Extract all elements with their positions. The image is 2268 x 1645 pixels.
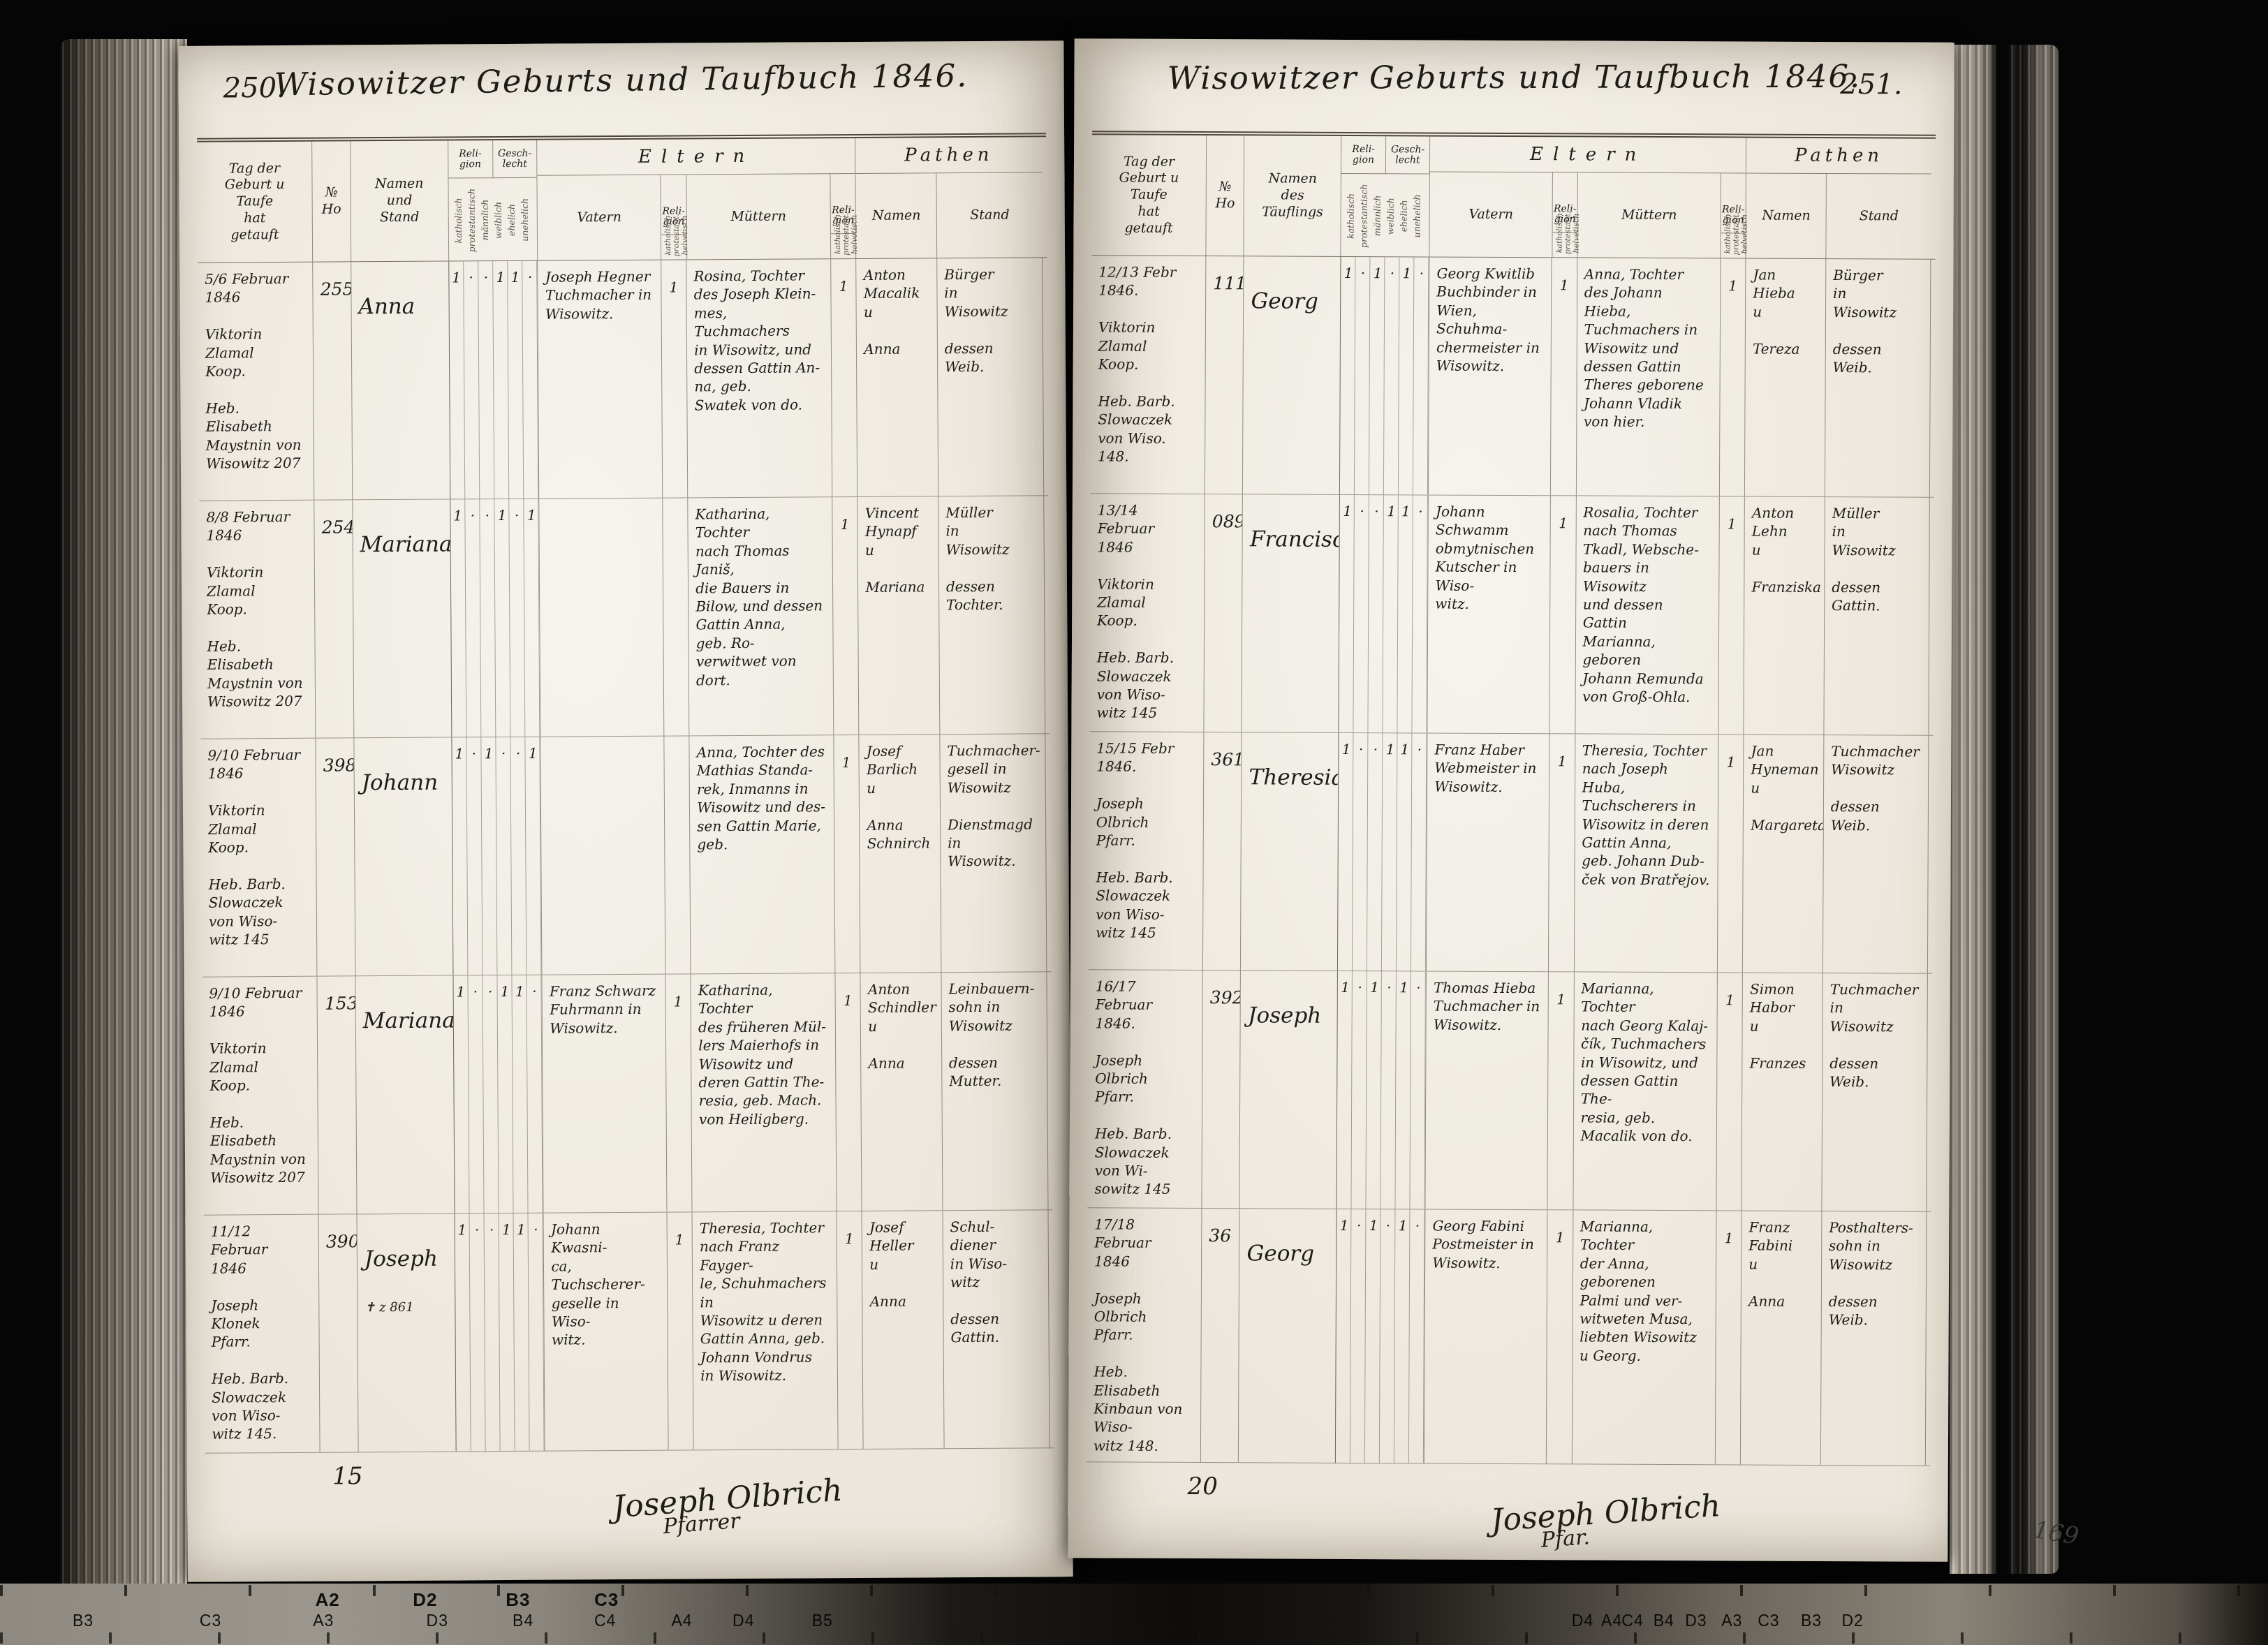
page-title: Wisowitzer Geburts und Taufbuch 1846. — [1074, 57, 1954, 96]
ruler-label: D4 — [1572, 1611, 1593, 1630]
entry-religion-sex-ticks: 1·1·1· — [1335, 1209, 1424, 1463]
register-entry-row: 12/13 Febr 1846. Viktorin Zlamal Koop. H… — [1091, 256, 1935, 497]
ruler-label: A4 — [671, 1611, 692, 1630]
entry-child-note — [362, 822, 445, 823]
tick-mark: 1 — [1341, 264, 1356, 282]
tick-mark: · — [522, 268, 537, 287]
entry-father-religion-tick: 1 — [666, 1212, 693, 1449]
entry-child-note — [1251, 341, 1333, 342]
tick-mark: 1 — [481, 744, 496, 763]
entry-father-religion-tick: 1 — [1546, 1210, 1573, 1463]
header-religion-box: Reli- gion — [448, 140, 492, 178]
page-title: Wisowitzer Geburts und Taufbuch 1846. — [178, 56, 1064, 105]
entry-father-religion-tick — [662, 498, 689, 735]
entry-father-religion-tick: 1 — [661, 260, 688, 497]
entry-godparents-names: Vincent Hynapf u Mariana — [857, 496, 940, 735]
entry-mother-religion-tick: 1 — [833, 735, 860, 973]
tick-mark: 1 — [1337, 1216, 1352, 1234]
entry-date-priest-midwife: 15/15 Febr 1846. Joseph Olbrich Pfarr. H… — [1089, 732, 1204, 970]
entry-house-number: 361 — [1202, 732, 1242, 970]
entry-religion-sex-ticks: 1··11· — [1337, 733, 1427, 971]
header-mutter-religion: Reli- gion katholisch protestant. helvet… — [1720, 173, 1746, 258]
entry-child-note — [1246, 1294, 1329, 1294]
entry-house-number: 390 — [318, 1214, 358, 1452]
entry-mother-religion-tick: 1 — [834, 973, 862, 1211]
entry-godparents-names: Anton Schindler u Anna — [860, 973, 943, 1211]
register-entry-row: 5/6 Februar 1846 Viktorin Zlamal Koop. H… — [198, 258, 1048, 501]
entry-godparents-names: Anton Macalik u Anna — [856, 258, 938, 496]
entry-child-name: Anna — [358, 293, 441, 322]
header-sex-box: Gesch- lecht — [492, 140, 537, 178]
entry-child-name: Georg — [1251, 288, 1333, 316]
tick-mark: 1 — [1338, 978, 1353, 996]
header-rotated-sublabels: katholisch protestantisch männlich weibl… — [1344, 175, 1429, 257]
header-tick-group-labels: Reli- gion Gesch- lecht — [448, 140, 537, 179]
entry-date-priest-midwife: 5/6 Februar 1846 Viktorin Zlamal Koop. H… — [198, 263, 314, 501]
entry-house-number: 36 — [1200, 1209, 1239, 1462]
tick-mark: · — [1414, 264, 1429, 282]
tick-mark: 1 — [526, 744, 540, 763]
tick-mark: · — [468, 982, 483, 1001]
header-mutter: Müttern — [1577, 172, 1721, 258]
tick-mark: · — [469, 1220, 484, 1239]
tick-mark: 1 — [499, 1220, 514, 1239]
entry-child-note: ✝ z 861 — [364, 1299, 448, 1315]
ruler-label: B3 — [506, 1589, 530, 1611]
header-religion-sex-legitimacy: Reli- gion Gesch- lecht katholisch prote… — [448, 140, 538, 261]
entry-mother-religion-tick: 1 — [836, 1211, 863, 1449]
tick-mark: · — [478, 268, 493, 287]
entry-father — [540, 737, 665, 975]
register-entry-row: 17/18 Februar 1846 Joseph Olbrich Pfarr.… — [1087, 1208, 1931, 1466]
header-religion-rotated: katholisch protestant. helvetisch — [1723, 209, 1745, 258]
tick-mark: 1 — [493, 268, 508, 287]
entry-godparents-names: Anton Lehn u Franziska — [1744, 496, 1825, 734]
register-page-right: 251. Wisowitzer Geburts und Taufbuch 184… — [1068, 38, 1954, 1561]
tick-mark: 1 — [450, 506, 465, 525]
entry-house-number: 089 — [1204, 494, 1243, 732]
ruler-label: B5 — [812, 1611, 833, 1630]
entry-date-priest-midwife: 9/10 Februar 1846 Viktorin Zlamal Koop. … — [202, 977, 318, 1215]
ruler-label: A4 — [1601, 1611, 1622, 1630]
register-entry-row: 13/14 Februar 1846 Viktorin Zlamal Koop.… — [1089, 494, 1934, 735]
tick-mark: · — [1352, 1216, 1367, 1234]
entry-child-name-cell: Francisca — [1242, 494, 1339, 732]
entry-date-priest-midwife: 11/12 Februar 1846 Joseph Klonek Pfarr. … — [204, 1215, 320, 1453]
tick-mark: · — [464, 268, 478, 287]
page-header: 250. Wisowitzer Geburts und Taufbuch 184… — [178, 40, 1064, 138]
entry-father: Franz Schwarz Fuhrmann in Wisowitz. — [542, 975, 666, 1213]
header-pathen-stand: Stand — [1826, 174, 1931, 259]
tick-mark: 1 — [1383, 740, 1398, 758]
tick-mark: · — [527, 982, 542, 1001]
ruler-label: B3 — [1801, 1611, 1822, 1630]
entry-mother: Marianna, Tochter der Anna, geborenen Pa… — [1571, 1210, 1716, 1464]
tick-mark: · — [511, 744, 526, 763]
tick-mark: 1 — [1384, 502, 1399, 520]
header-religion-sex-legitimacy: Reli- gion Gesch- lecht katholisch prote… — [1341, 136, 1430, 257]
entry-godparents-stand: Müller in Wisowitz dessen Gattin. — [1823, 497, 1929, 735]
header-eltern-group: Eltern Vatern Reli- gion katholisch prot… — [537, 138, 856, 260]
scanned-register-photo: 250. Wisowitzer Geburts und Taufbuch 184… — [0, 0, 2268, 1645]
entry-mother: Anna, Tochter des Mathias Standa- rek, I… — [689, 735, 835, 973]
entry-godparents-names: Josef Barlich u Anna Schnirch — [859, 735, 941, 973]
entry-mother: Theresia, Tochter nach Franz Fayger- le,… — [692, 1211, 838, 1449]
ruler-label: D3 — [1685, 1611, 1707, 1630]
entry-mother: Marianna, Tochter nach Georg Kalaj- čík,… — [1573, 972, 1717, 1210]
header-vater: Vatern — [538, 175, 661, 260]
microfilm-calibration-ruler: A2D2B3C3 B3C3A3D3B4C4A4D4B5D4A4C4B4D3A3C… — [0, 1584, 2268, 1645]
entry-house-number: 392 — [1202, 971, 1241, 1208]
header-tick-group-labels: Reli- gion Gesch- lecht — [1341, 136, 1429, 175]
tick-mark: 1 — [1397, 740, 1412, 758]
entry-house-number: 254 — [314, 500, 353, 737]
header-name: Namen und Stand — [350, 141, 448, 262]
page-footer: 20 Joseph Olbrich Pfar. — [1086, 1462, 1930, 1570]
entry-mother: Anna, Tochter des Johann Hieba, Tuchmach… — [1575, 258, 1720, 496]
tick-mark: · — [483, 982, 497, 1001]
register-table: Tag der Geburt u Taufe hat getauft № Ho … — [197, 133, 1054, 1453]
entry-godparents-stand: Bürger in Wisowitz dessen Weib. — [936, 258, 1044, 496]
register-entry-row: 8/8 Februar 1846 Viktorin Zlamal Koop. H… — [199, 496, 1050, 739]
header-religion-rotated: katholisch protestant. helvetisch — [1555, 209, 1577, 257]
register-table: Tag der Geburt u Taufe hat getauft № Ho … — [1087, 131, 1936, 1466]
tick-mark: · — [1355, 502, 1369, 520]
entry-child-name: Mariana — [363, 1007, 446, 1036]
table-body: 5/6 Februar 1846 Viktorin Zlamal Koop. H… — [198, 258, 1054, 1453]
entry-godparents-stand: Tuchmacher- gesell in Wisowitz Dienstmag… — [939, 734, 1047, 972]
entry-house-number: 255 — [312, 262, 352, 499]
entry-godparents-stand: Bürger in Wisowitz dessen Weib. — [1825, 259, 1931, 497]
tick-mark: · — [1354, 740, 1369, 758]
entry-mother-religion-tick: 1 — [832, 497, 859, 735]
header-date: Tag der Geburt u Taufe hat getauft — [197, 142, 312, 263]
entry-child-name-cell: Joseph ✝ z 861 — [356, 1214, 455, 1452]
table-header-row: Tag der Geburt u Taufe hat getauft № Ho … — [197, 137, 1047, 263]
header-eltern: Eltern — [538, 138, 855, 176]
tick-mark: · — [480, 506, 494, 525]
entry-religion-sex-ticks: 1··11· — [452, 975, 543, 1214]
entry-child-name-cell: Johann — [353, 738, 452, 976]
ruler-label: D3 — [427, 1611, 448, 1630]
header-sex-box: Gesch- lecht — [1385, 136, 1430, 174]
header-eltern-group: Eltern Vatern Reli- gion katholisch prot… — [1429, 136, 1746, 258]
entry-godparents-names: Jan Hyneman u Margareta — [1742, 735, 1823, 972]
entry-house-number: 153 — [317, 976, 357, 1214]
header-date: Tag der Geburt u Taufe hat getauft — [1091, 135, 1206, 256]
entry-mother-religion-tick: 1 — [1719, 258, 1746, 496]
tick-mark: · — [496, 744, 510, 763]
tick-mark: · — [1385, 264, 1399, 282]
entry-father-religion-tick: 1 — [1549, 496, 1576, 733]
entry-date-priest-midwife: 13/14 Februar 1846 Viktorin Zlamal Koop.… — [1089, 494, 1205, 732]
table-header-row: Tag der Geburt u Taufe hat getauft № Ho … — [1091, 135, 1936, 259]
header-pathen-namen: Namen — [856, 173, 937, 258]
running-tally: 15 — [332, 1462, 363, 1490]
register-entry-row: 16/17 Februar 1846. Joseph Olbrich Pfarr… — [1087, 970, 1931, 1211]
entry-child-name-cell: Mariana — [352, 500, 451, 738]
ruler-label: C3 — [594, 1589, 619, 1611]
tick-mark: 1 — [524, 506, 539, 525]
header-vater: Vatern — [1430, 172, 1552, 257]
entry-godparents-names: Franz Fabini u Anna — [1740, 1211, 1821, 1465]
running-tally: 20 — [1188, 1473, 1218, 1500]
ruler-label: A3 — [1721, 1611, 1742, 1630]
header-eltern: Eltern — [1430, 136, 1746, 173]
entry-mother-religion-tick: 1 — [1718, 496, 1744, 734]
header-mutter: Müttern — [686, 174, 830, 259]
tick-mark: 1 — [1340, 502, 1355, 520]
entry-child-name-cell: Anna — [351, 262, 450, 500]
tick-mark: 1 — [1399, 264, 1414, 282]
ruler-label: D2 — [1841, 1611, 1863, 1630]
ruler-label: B4 — [513, 1611, 533, 1630]
ruler-label: C3 — [1758, 1611, 1779, 1630]
ruler-label: B3 — [73, 1611, 94, 1630]
entry-religion-sex-ticks: 1··1·1 — [450, 499, 540, 737]
tick-mark: 1 — [1367, 978, 1382, 996]
entry-godparents-names: Jan Hieba u Tereza — [1744, 258, 1825, 496]
entry-religion-sex-ticks: 1··11· — [1339, 495, 1428, 733]
tick-mark: · — [509, 506, 524, 525]
entry-godparents-names: Josef Heller u Anna — [862, 1211, 944, 1449]
entry-child-note — [363, 1061, 446, 1061]
entry-date-priest-midwife: 16/17 Februar 1846. Joseph Olbrich Pfarr… — [1087, 970, 1202, 1208]
priest-signature: Joseph Olbrich Pfar. — [1488, 1460, 1725, 1585]
entry-mother: Katharina, Tochter des früheren Mül- ler… — [691, 973, 837, 1211]
ruler-label: C3 — [200, 1611, 221, 1630]
entry-father: Georg Kwitlib Buchbinder in Wien, Schuhm… — [1428, 257, 1552, 495]
entry-father: Joseph Hegner Tuchmacher in Wisowitz. — [538, 260, 662, 499]
header-vater-religion: Reli- gion katholisch protestant. helvet… — [661, 175, 686, 259]
tick-mark: · — [1369, 502, 1384, 520]
tick-mark: 1 — [1339, 740, 1354, 758]
table-body: 12/13 Febr 1846. Viktorin Zlamal Koop. H… — [1087, 256, 1936, 1466]
entry-mother-religion-tick: 1 — [1715, 1211, 1741, 1464]
tick-mark: 1 — [1396, 1216, 1411, 1234]
tick-mark: · — [1410, 1216, 1424, 1234]
tick-mark: · — [1382, 978, 1397, 996]
register-entry-row: 11/12 Februar 1846 Joseph Klonek Pfarr. … — [204, 1210, 1054, 1453]
entry-child-name: Theresia — [1249, 764, 1331, 792]
header-pathen-stand: Stand — [936, 172, 1043, 258]
entry-mother-religion-tick: 1 — [830, 259, 857, 496]
ruler-label: A2 — [315, 1589, 339, 1611]
entry-child-name: Joseph — [364, 1245, 448, 1274]
ruler-label: C4 — [594, 1611, 616, 1630]
header-religion-rotated: katholisch protestant. helvetisch — [834, 210, 856, 258]
ruler-label: A3 — [313, 1611, 334, 1630]
priest-signature: Joseph Olbrich Pfarrer — [609, 1445, 847, 1572]
header-rotated-sublabels: katholisch protestantisch männlich weibl… — [451, 179, 537, 261]
tick-mark: · — [1411, 978, 1426, 996]
entry-religion-sex-ticks: 1·1·1· — [1336, 971, 1426, 1209]
entry-child-name-cell: Georg — [1242, 256, 1340, 494]
entry-date-priest-midwife: 8/8 Februar 1846 Viktorin Zlamal Koop. H… — [199, 501, 315, 739]
entry-child-note — [1250, 580, 1332, 580]
entry-father: Johann Kwasni- ca, Tuchscherer- geselle … — [543, 1213, 668, 1451]
tick-mark: · — [1413, 502, 1428, 520]
ruler-label: D4 — [732, 1611, 754, 1630]
entry-father: Thomas Hieba Tuchmacher in Wisowitz. — [1425, 971, 1549, 1209]
header-pathen: Pathen — [1746, 138, 1931, 174]
entry-child-name: Johann — [361, 769, 444, 798]
entry-mother: Theresia, Tochter nach Joseph Huba, Tuch… — [1573, 734, 1718, 972]
entry-mother: Rosina, Tochter des Joseph Klein- mes, T… — [686, 259, 832, 497]
tick-mark: · — [1412, 740, 1427, 758]
entry-house-number: 398 — [316, 738, 355, 975]
header-pathen-group: Pathen Namen Stand — [855, 137, 1043, 258]
tick-mark: 1 — [1371, 264, 1385, 282]
entry-child-name: Georg — [1247, 1240, 1330, 1269]
header-house-no: № Ho — [1205, 135, 1244, 256]
entry-child-note — [360, 584, 443, 585]
entry-father-religion-tick: 1 — [1550, 258, 1577, 495]
book-edge-shadow — [1990, 45, 2014, 1574]
entry-mother: Rosalia, Tochter nach Thomas Tkadl, Webs… — [1575, 496, 1719, 734]
entry-date-priest-midwife: 17/18 Februar 1846 Joseph Olbrich Pfarr.… — [1087, 1208, 1202, 1462]
entry-father: Franz Haber Webmeister in Wisowitz. — [1426, 733, 1549, 971]
entry-child-note — [1249, 818, 1331, 818]
ruler-label: C4 — [1621, 1611, 1643, 1630]
page-header: 251. Wisowitzer Geburts und Taufbuch 184… — [1074, 38, 1954, 134]
tick-mark: · — [529, 1220, 543, 1239]
entry-father-religion-tick: 1 — [1547, 972, 1574, 1209]
entry-father-religion-tick: 1 — [665, 974, 692, 1211]
tick-mark: 1 — [1397, 978, 1411, 996]
tick-mark: 1 — [453, 982, 468, 1001]
header-religion-box: Reli- gion — [1341, 136, 1385, 174]
tick-mark: 1 — [513, 982, 527, 1001]
entry-mother-religion-tick: 1 — [1717, 735, 1744, 972]
header-pathen-group: Pathen Namen Stand — [1746, 138, 1931, 258]
entry-date-priest-midwife: 12/13 Febr 1846. Viktorin Zlamal Koop. H… — [1091, 256, 1206, 494]
tick-mark: 1 — [449, 268, 464, 287]
entry-mother-religion-tick: 1 — [1716, 973, 1742, 1210]
entry-godparents-stand: Müller in Wisowitz dessen Tochter. — [938, 496, 1045, 734]
book-page-stack-left — [60, 39, 187, 1600]
entry-religion-sex-ticks: 1··11· — [454, 1214, 545, 1452]
tick-mark: · — [1356, 264, 1371, 282]
entry-child-name: Mariana — [360, 531, 443, 560]
entry-date-priest-midwife: 9/10 Februar 1846 Viktorin Zlamal Koop. … — [200, 739, 316, 977]
entry-father-religion-tick — [663, 736, 691, 973]
header-house-no: № Ho — [311, 141, 351, 261]
header-mutter-religion: Reli- gion katholisch protestant. helvet… — [830, 174, 855, 258]
entry-mother: Katharina, Tochter nach Thomas Janiš, di… — [687, 497, 833, 735]
book-page-stack-right — [1950, 45, 2059, 1574]
ruler-label: D2 — [413, 1589, 437, 1611]
register-entry-row: 9/10 Februar 1846 Viktorin Zlamal Koop. … — [200, 734, 1051, 977]
entry-child-name-cell: Mariana — [355, 976, 454, 1214]
entry-child-note — [1248, 1056, 1330, 1056]
entry-godparents-stand: Schul- diener in Wiso- witz dessen Gatti… — [942, 1210, 1050, 1448]
entry-father: Johann Schwamm obmytnischen Kutscher in … — [1427, 495, 1551, 733]
entry-father-religion-tick: 1 — [1548, 734, 1575, 971]
tick-mark: · — [1369, 740, 1383, 758]
header-name: Namen des Täuflings — [1244, 135, 1341, 256]
entry-child-name: Joseph — [1248, 1002, 1330, 1031]
entry-father: Georg Fabini Postmeister in Wisowitz. — [1424, 1209, 1547, 1463]
entry-child-note — [359, 346, 442, 347]
tick-mark: · — [1353, 978, 1367, 996]
ruler-label: B4 — [1654, 1611, 1674, 1630]
header-vater-religion: Reli- gion katholisch protestant. helvet… — [1552, 172, 1577, 257]
entry-father — [539, 499, 663, 737]
register-page-left: 250. Wisowitzer Geburts und Taufbuch 184… — [178, 40, 1073, 1582]
entry-religion-sex-ticks: 1·1·1· — [1339, 257, 1429, 495]
entry-child-name-cell: Joseph — [1239, 971, 1337, 1209]
entry-child-name-cell: Georg — [1238, 1209, 1336, 1463]
entry-child-name-cell: Theresia — [1240, 732, 1338, 971]
header-pathen: Pathen — [855, 137, 1042, 174]
tick-mark: · — [484, 1220, 499, 1239]
header-religion-rotated: katholisch protestant. helvetisch — [664, 211, 686, 259]
register-entry-row: 15/15 Febr 1846. Joseph Olbrich Pfarr. H… — [1089, 732, 1933, 973]
tick-mark: · — [465, 506, 480, 525]
entry-house-number: 111 — [1205, 256, 1244, 494]
entry-godparents-names: Simon Habor u Franzes — [1741, 973, 1822, 1210]
entry-godparents-stand: Posthalters- sohn in Wisowitz dessen Wei… — [1820, 1211, 1927, 1466]
tick-mark: 1 — [455, 1220, 469, 1239]
tick-mark: 1 — [498, 982, 513, 1001]
tick-mark: 1 — [494, 506, 509, 525]
tick-mark: · — [1381, 1216, 1396, 1234]
tick-mark: 1 — [514, 1220, 529, 1239]
tick-mark: 1 — [1367, 1216, 1381, 1234]
entry-religion-sex-ticks: 1··11· — [448, 261, 539, 499]
page-footer: 15 Joseph Olbrich Pfarrer — [205, 1448, 1055, 1558]
tick-mark: 1 — [1399, 502, 1413, 520]
tick-mark: · — [466, 744, 481, 763]
tick-mark: 1 — [508, 268, 522, 287]
entry-child-name: Francisca — [1250, 526, 1332, 554]
header-pathen-namen: Namen — [1746, 173, 1827, 258]
entry-godparents-stand: Leinbauern- sohn in Wisowitz dessen Mutt… — [941, 972, 1048, 1210]
tick-mark: 1 — [452, 744, 466, 763]
register-entry-row: 9/10 Februar 1846 Viktorin Zlamal Koop. … — [202, 972, 1052, 1215]
entry-godparents-stand: Tuchmacher Wisowitz dessen Weib. — [1822, 735, 1929, 973]
entry-religion-sex-ticks: 1·1··1 — [451, 737, 542, 975]
entry-godparents-stand: Tuchmacher in Wisowitz dessen Weib. — [1821, 973, 1927, 1211]
